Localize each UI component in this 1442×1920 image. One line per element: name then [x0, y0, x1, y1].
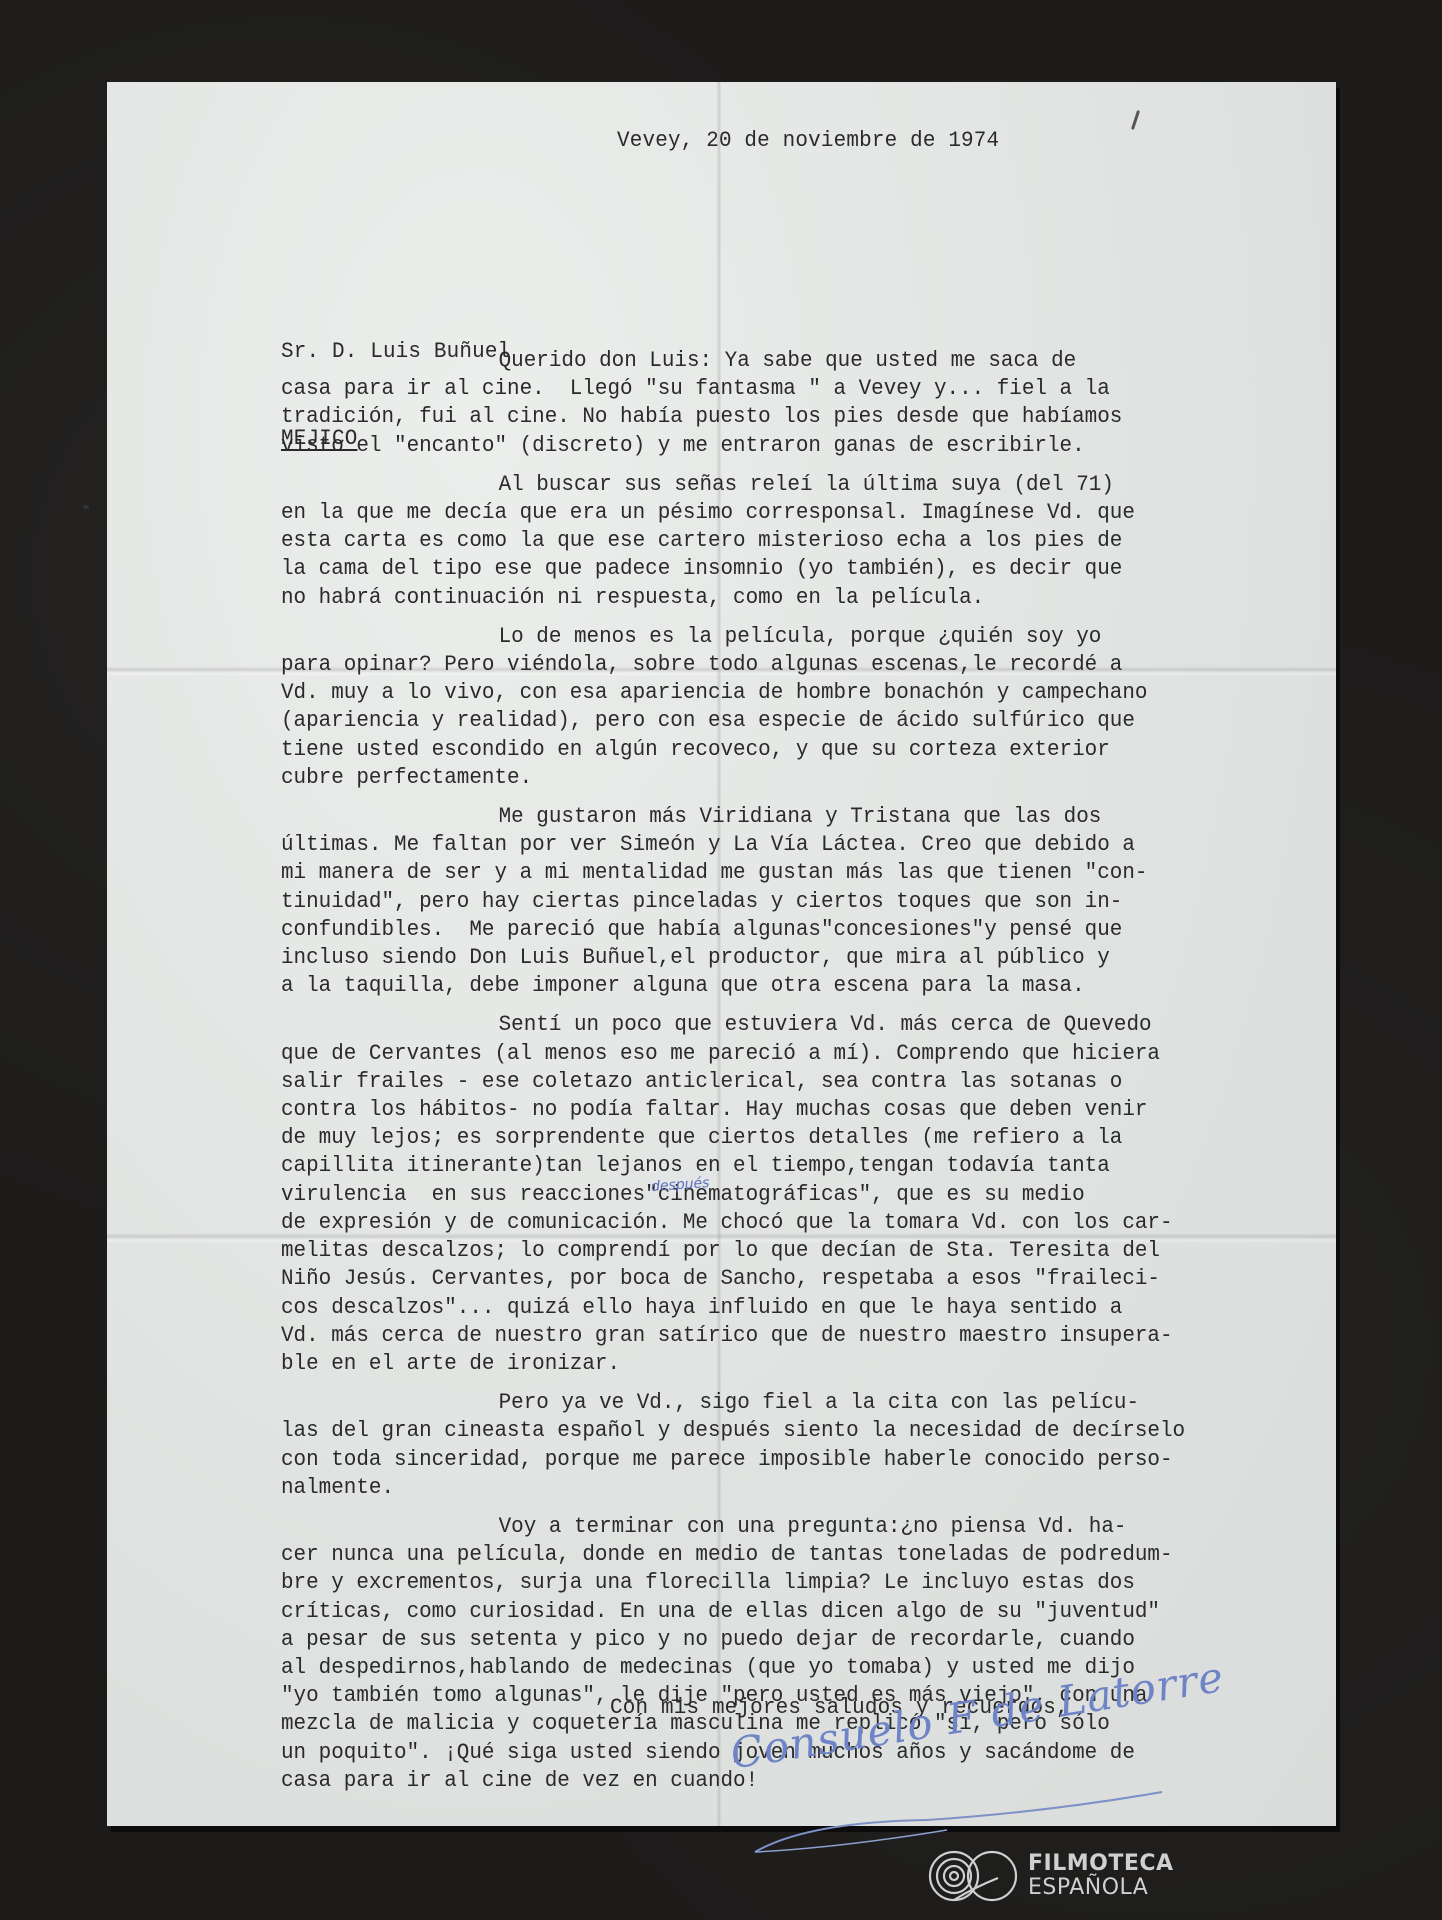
text-line: (apariencia y realidad), pero con esa es…: [281, 706, 1185, 734]
text-line: Lo de menos es la película, porque ¿quié…: [281, 622, 1185, 650]
text-line: para opinar? Pero viéndola, sobre todo a…: [281, 650, 1185, 678]
text-line: cubre perfectamente.: [281, 763, 1185, 791]
text-line: que de Cervantes (al menos eso me pareci…: [281, 1039, 1185, 1067]
paragraph: Querido don Luis: Ya sabe que usted me s…: [281, 346, 1185, 459]
paragraph: Pero ya ve Vd., sigo fiel a la cita con …: [281, 1388, 1185, 1501]
letter-body: Querido don Luis: Ya sabe que usted me s…: [281, 346, 1185, 1805]
text-line: Al buscar sus señas releí la última suya…: [281, 470, 1185, 498]
paragraph: Sentí un poco que estuviera Vd. más cerc…: [281, 1010, 1185, 1377]
logo-subtitle: ESPAÑOLA: [1028, 1877, 1174, 1899]
text-line: salir frailes - ese coletazo anticlerica…: [281, 1067, 1185, 1095]
text-line: tradición, fui al cine. No había puesto …: [281, 402, 1185, 430]
text-line: las del gran cineasta español y después …: [281, 1416, 1185, 1444]
letter-page: Vevey, 20 de noviembre de 1974 Sr. D. Lu…: [107, 82, 1336, 1826]
text-line: mi manera de ser y a mi mentalidad me gu…: [281, 858, 1185, 886]
text-line: la cama del tipo ese que padece insomnio…: [281, 554, 1185, 582]
text-line: tiene usted escondido en algún recoveco,…: [281, 735, 1185, 763]
text-line: esta carta es como la que ese cartero mi…: [281, 526, 1185, 554]
logo-title: FILMOTECA: [1028, 1853, 1174, 1875]
date-line: Vevey, 20 de noviembre de 1974: [617, 127, 999, 153]
text-line: melitas descalzos; lo comprendí por lo q…: [281, 1236, 1185, 1264]
text-line: Vd. más cerca de nuestro gran satírico q…: [281, 1321, 1185, 1349]
text-line: Me gustaron más Viridiana y Tristana que…: [281, 802, 1185, 830]
paragraph: Lo de menos es la película, porque ¿quié…: [281, 622, 1185, 791]
text-line: cos descalzos"... quizá ello haya influi…: [281, 1293, 1185, 1321]
text-line: tinuidad", pero hay ciertas pinceladas y…: [281, 887, 1185, 915]
text-line: nalmente.: [281, 1473, 1185, 1501]
text-line: virulencia en sus reacciones"cinematográ…: [281, 1180, 1185, 1208]
text-line: de expresión y de comunicación. Me chocó…: [281, 1208, 1185, 1236]
text-line: en la que me decía que era un pésimo cor…: [281, 498, 1185, 526]
text-line: Pero ya ve Vd., sigo fiel a la cita con …: [281, 1388, 1185, 1416]
text-line: últimas. Me faltan por ver Simeón y La V…: [281, 830, 1185, 858]
text-line: incluso siendo Don Luis Buñuel,el produc…: [281, 943, 1185, 971]
text-line: Niño Jesús. Cervantes, por boca de Sanch…: [281, 1264, 1185, 1292]
text-line: Querido don Luis: Ya sabe que usted me s…: [281, 346, 1185, 374]
spiral-reel-icon: [928, 1848, 1018, 1904]
text-line: Sentí un poco que estuviera Vd. más cerc…: [281, 1010, 1185, 1038]
text-line: capillita itinerante)tan lejanos en el t…: [281, 1151, 1185, 1179]
filmoteca-logo: FILMOTECA ESPAÑOLA: [928, 1848, 1174, 1904]
text-line: cer nunca una película, donde en medio d…: [281, 1540, 1185, 1568]
text-line: críticas, como curiosidad. En una de ell…: [281, 1597, 1185, 1625]
text-line: a pesar de sus setenta y pico y no puedo…: [281, 1625, 1185, 1653]
text-line: confundibles. Me pareció que había algun…: [281, 915, 1185, 943]
margin-mark: [83, 505, 89, 509]
text-line: ble en el arte de ironizar.: [281, 1349, 1185, 1377]
text-line: a la taquilla, debe imponer alguna que o…: [281, 971, 1185, 999]
text-line: contra los hábitos- no podía faltar. Hay…: [281, 1095, 1185, 1123]
text-line: de muy lejos; es sorprendente que cierto…: [281, 1123, 1185, 1151]
text-line: al despedirnos,hablando de medecinas (qu…: [281, 1653, 1185, 1681]
text-line: Vd. muy a lo vivo, con esa apariencia de…: [281, 678, 1185, 706]
paragraph: Al buscar sus señas releí la última suya…: [281, 470, 1185, 611]
text-line: con toda sinceridad, porque me parece im…: [281, 1445, 1185, 1473]
paragraph: Me gustaron más Viridiana y Tristana que…: [281, 802, 1185, 999]
text-line: visto el "encanto" (discreto) y me entra…: [281, 431, 1185, 459]
text-line: bre y excrementos, surja una florecilla …: [281, 1568, 1185, 1596]
text-line: no habrá continuación ni respuesta, como…: [281, 583, 1185, 611]
text-line: Voy a terminar con una pregunta:¿no pien…: [281, 1512, 1185, 1540]
page-mark: [1131, 110, 1140, 130]
text-line: casa para ir al cine. Llegó "su fantasma…: [281, 374, 1185, 402]
